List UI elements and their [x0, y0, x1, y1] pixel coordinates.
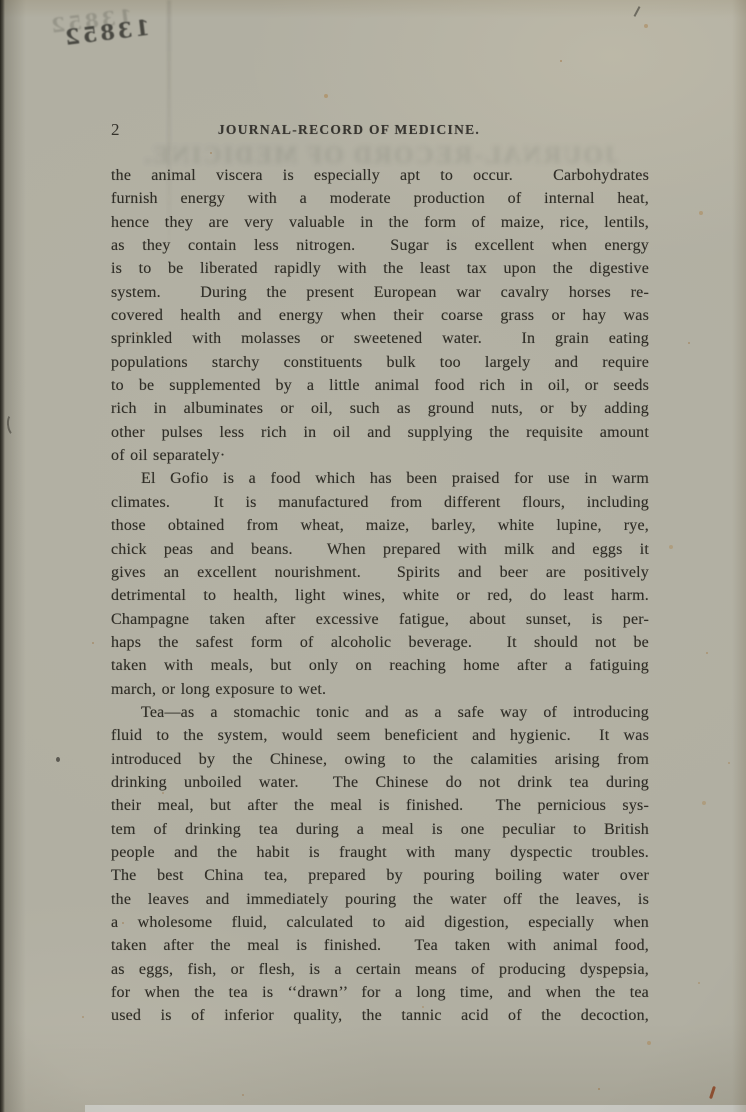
- text-line: system. During the present European war …: [111, 281, 649, 304]
- text-line: a wholesome fluid, calculated to aid dig…: [111, 911, 649, 934]
- text-line: as eggs, fish, or flesh, is a certain me…: [111, 958, 649, 981]
- text-line: haps the safest form of alcoholic bevera…: [111, 631, 649, 654]
- journal-title: JOURNAL-RECORD OF MEDICINE.: [111, 122, 587, 138]
- text-line: taken after the meal is finished. Tea ta…: [111, 934, 649, 957]
- text-line: as they contain less nitrogen. Sugar is …: [111, 234, 649, 257]
- text-line: the animal viscera is especially apt to …: [111, 164, 649, 187]
- text-line: furnish energy with a moderate productio…: [111, 187, 649, 210]
- pencil-paren-mark: [6, 412, 21, 436]
- text-line: detrimental to health, light wines, whit…: [111, 584, 649, 607]
- text-line: introduced by the Chinese, owing to the …: [111, 748, 649, 771]
- text-line: people and the habit is fraught with man…: [111, 841, 649, 864]
- text-line: Tea—as a stomachic tonic and as a safe w…: [111, 701, 649, 724]
- text-line: for when the tea is ‘‘drawn’’ for a long…: [111, 981, 649, 1004]
- text-line: march, or long exposure to wet.: [111, 678, 649, 701]
- ink-dot-mark: [56, 757, 60, 762]
- bottom-right-red-mark: [709, 1086, 716, 1099]
- text-line: climates. It is manufactured from differ…: [111, 491, 649, 514]
- text-line: taken with meals, but only on reaching h…: [111, 654, 649, 677]
- text-line: covered health and energy when their coa…: [111, 304, 649, 327]
- text-line: used is of inferior quality, the tannic …: [111, 1004, 649, 1027]
- text-line: tem of drinking tea during a meal is one…: [111, 818, 649, 841]
- text-line: The best China tea, prepared by pouring …: [111, 864, 649, 887]
- scanned-journal-page: 13852 13852 JOURNAL-RECORD OF MEDICINE. …: [0, 0, 746, 1112]
- text-line: of oil separately·: [111, 444, 649, 467]
- page-body: the animal viscera is especially apt to …: [111, 164, 649, 1028]
- scan-edge-left: [0, 0, 5, 1112]
- text-line: chick peas and beans. When prepared with…: [111, 538, 649, 561]
- text-line: is to be liberated rapidly with the leas…: [111, 257, 649, 280]
- text-line: El Gofio is a food which has been praise…: [111, 467, 649, 490]
- text-line: Champagne taken after excessive fatigue,…: [111, 608, 649, 631]
- text-line: the leaves and immediately pouring the w…: [111, 888, 649, 911]
- top-right-slash-mark: [634, 6, 641, 17]
- text-line: those obtained from wheat, maize, barley…: [111, 514, 649, 537]
- text-line: hence they are very valuable in the form…: [111, 211, 649, 234]
- page-header: 2 JOURNAL-RECORD OF MEDICINE.: [111, 120, 649, 142]
- text-line: rich in albuminates or oil, such as grou…: [111, 397, 649, 420]
- text-line: drinking unboiled water. The Chinese do …: [111, 771, 649, 794]
- text-line: fluid to the system, would seem benefici…: [111, 724, 649, 747]
- text-line: populations starchy constituents bulk to…: [111, 351, 649, 374]
- text-line: gives an excellent nourishment. Spirits …: [111, 561, 649, 584]
- scan-edge-bottom: [85, 1105, 746, 1112]
- text-line: to be supplemented by a little animal fo…: [111, 374, 649, 397]
- text-line: other pulses less rich in oil and supply…: [111, 421, 649, 444]
- text-line: their meal, but after the meal is finish…: [111, 794, 649, 817]
- text-line: sprinkled with molasses or sweetened wat…: [111, 327, 649, 350]
